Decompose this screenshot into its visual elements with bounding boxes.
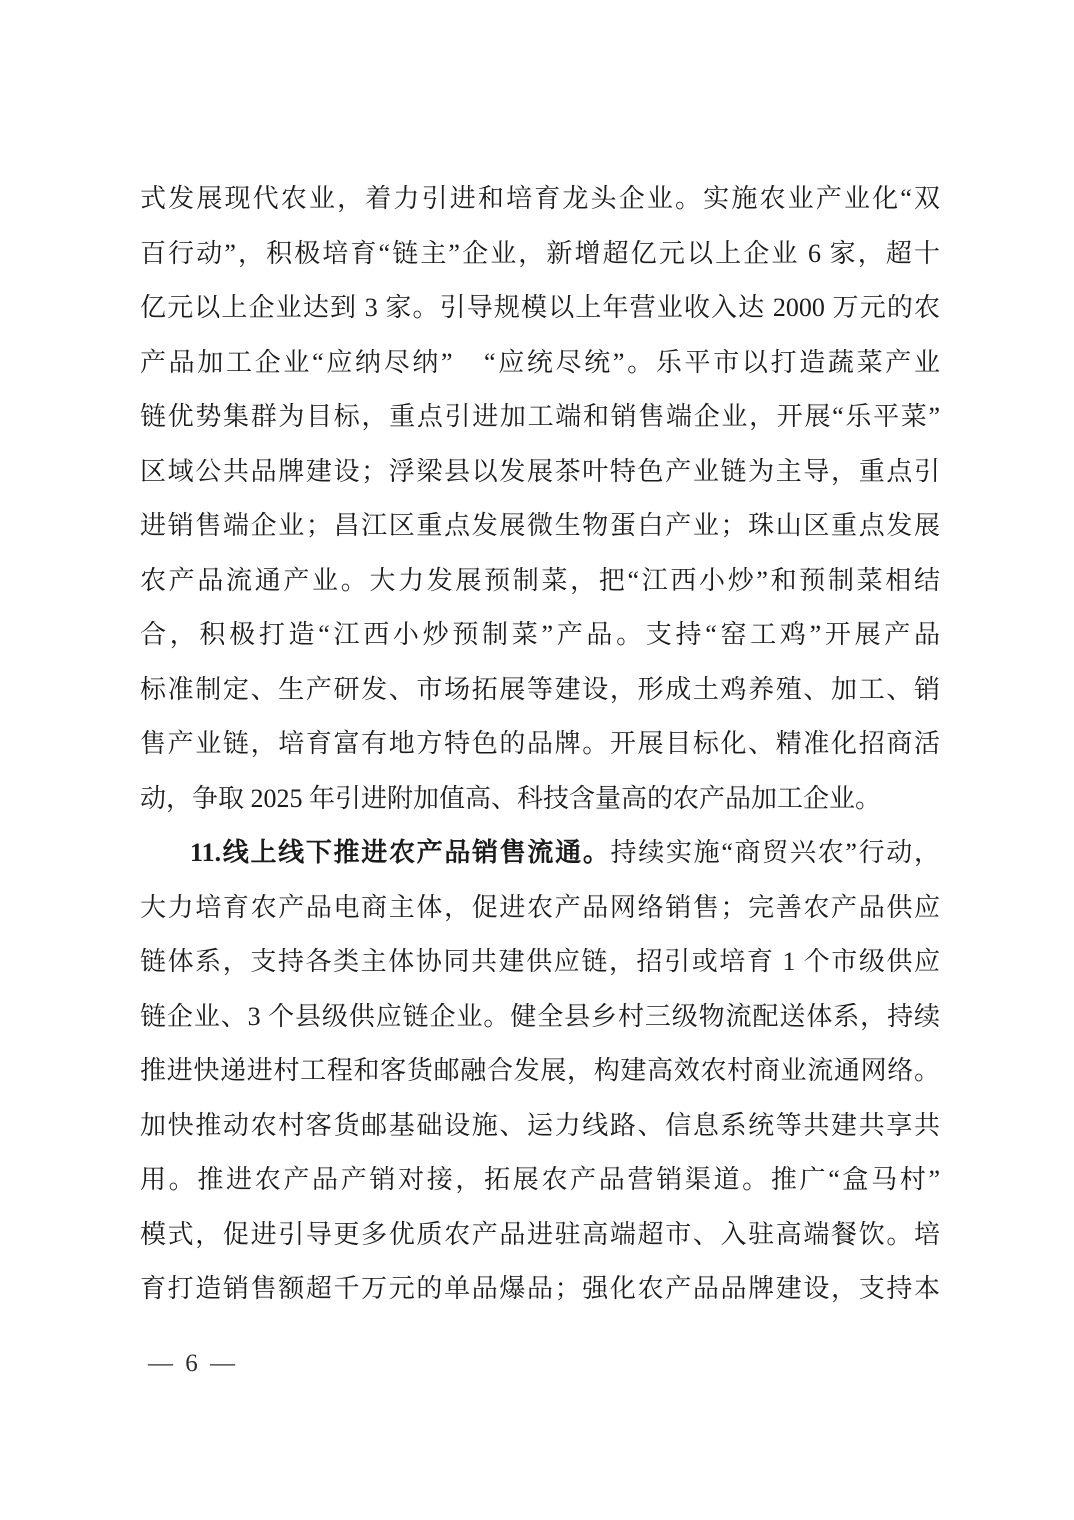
text-line: 区域公共品牌建设；浮梁县以发展茶叶特色产业链为主导，重点引 <box>140 445 940 500</box>
document-body: 式发展现代农业，着力引进和培育龙头企业。实施农业产业化“双 百行动”，积极培育“… <box>140 172 940 1317</box>
text-line: 合，积极打造“江西小炒预制菜”产品。支持“窑工鸡”开展产品 <box>140 608 940 663</box>
text-line: 农产品流通产业。大力发展预制菜，把“江西小炒”和预制菜相结 <box>140 554 940 609</box>
paragraph-continued: 式发展现代农业，着力引进和培育龙头企业。实施农业产业化“双 百行动”，积极培育“… <box>140 172 940 826</box>
document-page: 式发展现代农业，着力引进和培育龙头企业。实施农业产业化“双 百行动”，积极培育“… <box>0 0 1074 1520</box>
text-line: 推进快递进村工程和客货邮融合发展，构建高效农村商业流通网络。 <box>140 1044 940 1099</box>
text-line: 育打造销售额超千万元的单品爆品；强化农产品品牌建设，支持本 <box>140 1262 940 1317</box>
text-line: 链优势集群为目标，重点引进加工端和销售端企业，开展“乐平菜” <box>140 390 940 445</box>
text-line: 链体系，支持各类主体协同共建供应链，招引或培育 1 个市级供应 <box>140 935 940 990</box>
text-line: 进销售端企业；昌江区重点发展微生物蛋白产业；珠山区重点发展 <box>140 499 940 554</box>
text-line: 百行动”，积极培育“链主”企业，新增超亿元以上企业 6 家，超十 <box>140 227 940 282</box>
text-line: 产品加工企业“应纳尽纳” “应统尽统”。乐平市以打造蔬菜产业 <box>140 336 940 391</box>
text-line: 式发展现代农业，着力引进和培育龙头企业。实施农业产业化“双 <box>140 172 940 227</box>
paragraph-item-11: 11.线上线下推进农产品销售流通。持续实施“商贸兴农”行动， 大力培育农产品电商… <box>140 826 940 1317</box>
text-line: 标准制定、生产研发、市场拓展等建设，形成土鸡养殖、加工、销 <box>140 663 940 718</box>
text-line: 用。推进农产品产销对接，拓展农产品营销渠道。推广“盒马村” <box>140 1153 940 1208</box>
text-line: 11.线上线下推进农产品销售流通。持续实施“商贸兴农”行动， <box>140 826 940 881</box>
text-line: 亿元以上企业达到 3 家。引导规模以上年营业收入达 2000 万元的农 <box>140 281 940 336</box>
text-line: 加快推动农村客货邮基础设施、运力线路、信息系统等共建共享共 <box>140 1099 940 1154</box>
text-line: 模式，促进引导更多优质农产品进驻高端超市、入驻高端餐饮。培 <box>140 1208 940 1263</box>
paragraph-11-first-line-rest: 持续实施“商贸兴农”行动， <box>611 838 940 867</box>
page-number: — 6 — <box>148 1350 238 1378</box>
text-line: 动，争取 2025 年引进附加值高、科技含量高的农产品加工企业。 <box>140 772 940 827</box>
text-line: 大力培育农产品电商主体，促进农产品网络销售；完善农产品供应 <box>140 881 940 936</box>
text-line: 链企业、3 个县级供应链企业。健全县乡村三级物流配送体系，持续 <box>140 990 940 1045</box>
text-line: 售产业链，培育富有地方特色的品牌。开展目标化、精准化招商活 <box>140 717 940 772</box>
paragraph-11-heading: 11.线上线下推进农产品销售流通。 <box>190 838 611 867</box>
